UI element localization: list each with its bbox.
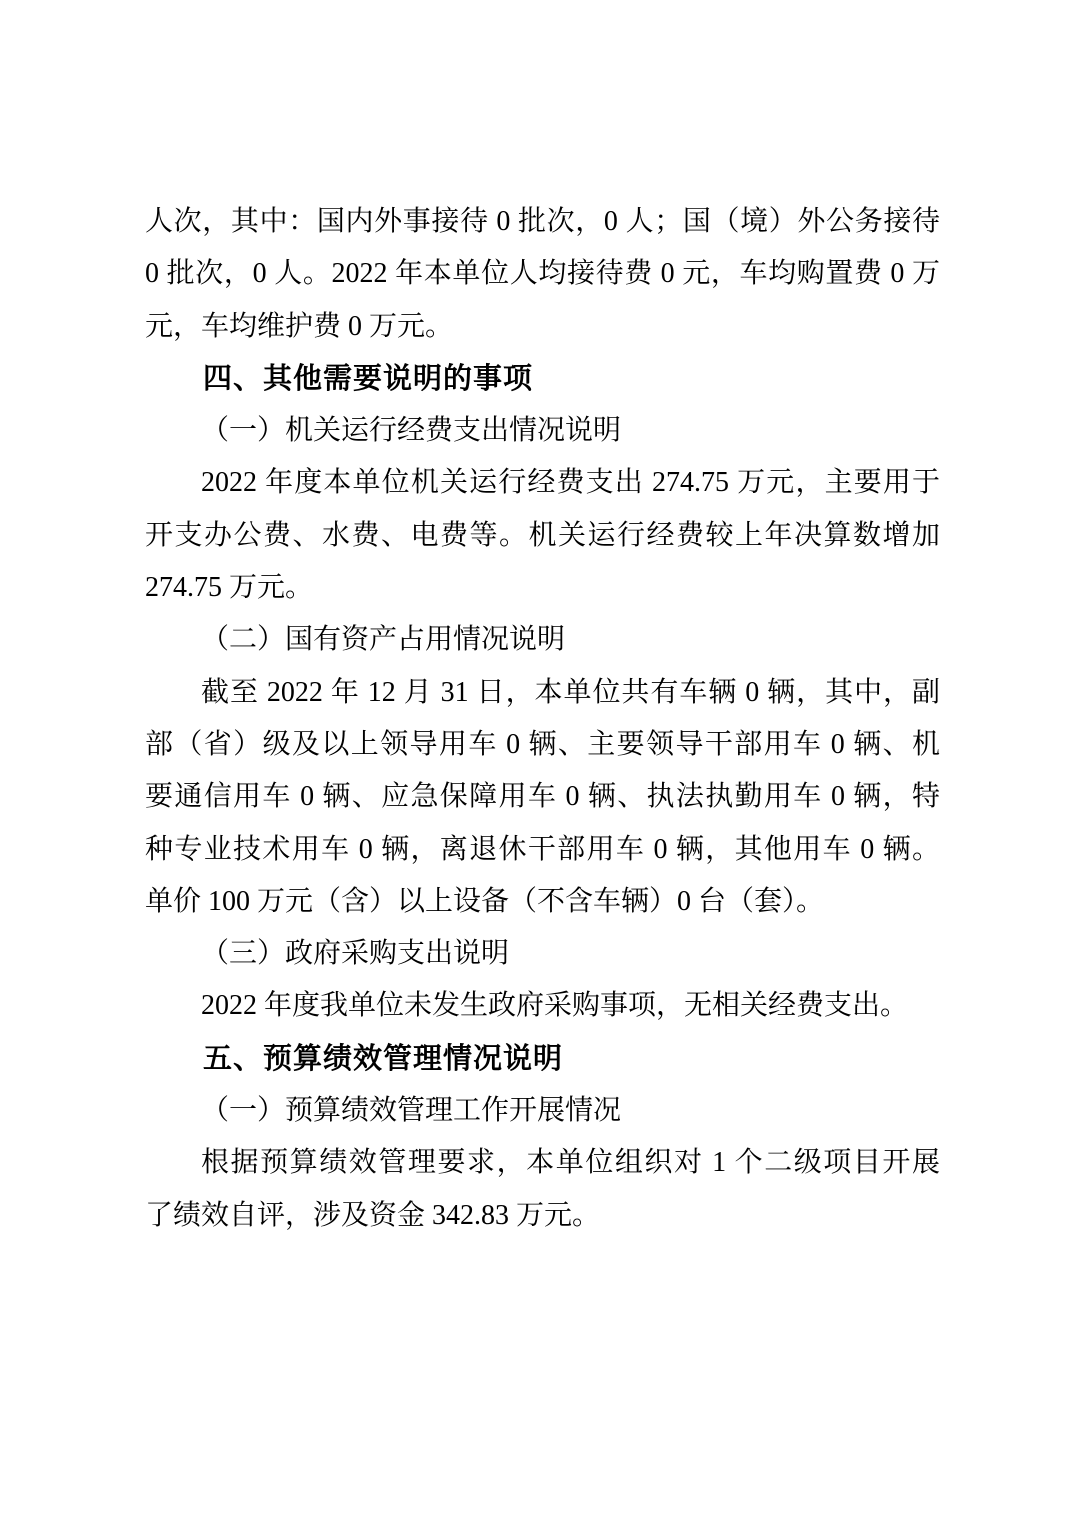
body-paragraph: 人次，其中：国内外事接待 0 批次，0 人；国（境）外公务接待0 批次，0 人。… [145, 196, 940, 353]
text-line: 2022 年度我单位未发生政府采购事项，无相关经费支出。 [145, 980, 940, 1032]
text-line: 根据预算绩效管理要求，本单位组织对 1 个二级项目开展 [145, 1137, 940, 1189]
body-paragraph: 截至 2022 年 12 月 31 日，本单位共有车辆 0 辆，其中，副部（省）… [145, 667, 940, 928]
section-heading: 五、预算绩效管理情况说明 [145, 1033, 940, 1085]
text-line: 单价 100 万元（含）以上设备（不含车辆）0 台（套）。 [145, 876, 940, 928]
text-line: 五、预算绩效管理情况说明 [145, 1033, 940, 1085]
text-line: 元，车均维护费 0 万元。 [145, 301, 940, 353]
text-line: 要通信用车 0 辆、应急保障用车 0 辆、执法执勤用车 0 辆，特 [145, 771, 940, 823]
text-line: （二）国有资产占用情况说明 [145, 614, 940, 666]
text-line: （一）机关运行经费支出情况说明 [145, 405, 940, 457]
text-line: 四、其他需要说明的事项 [145, 353, 940, 405]
subsection-heading: （一）机关运行经费支出情况说明 [145, 405, 940, 457]
text-line: 274.75 万元。 [145, 562, 940, 614]
subsection-heading: （三）政府采购支出说明 [145, 928, 940, 980]
text-line: 截至 2022 年 12 月 31 日，本单位共有车辆 0 辆，其中，副 [145, 667, 940, 719]
body-paragraph: 2022 年度我单位未发生政府采购事项，无相关经费支出。 [145, 980, 940, 1032]
text-line: 2022 年度本单位机关运行经费支出 274.75 万元，主要用于 [145, 457, 940, 509]
text-line: 部（省）级及以上领导用车 0 辆、主要领导干部用车 0 辆、机 [145, 719, 940, 771]
subsection-heading: （一）预算绩效管理工作开展情况 [145, 1085, 940, 1137]
text-line: 人次，其中：国内外事接待 0 批次，0 人；国（境）外公务接待 [145, 196, 940, 248]
text-line: 0 批次，0 人。2022 年本单位人均接待费 0 元，车均购置费 0 万 [145, 248, 940, 300]
text-line: 种专业技术用车 0 辆，离退休干部用车 0 辆，其他用车 0 辆。 [145, 824, 940, 876]
text-line: （一）预算绩效管理工作开展情况 [145, 1085, 940, 1137]
subsection-heading: （二）国有资产占用情况说明 [145, 614, 940, 666]
document-page: 人次，其中：国内外事接待 0 批次，0 人；国（境）外公务接待0 批次，0 人。… [0, 0, 1075, 1521]
section-heading: 四、其他需要说明的事项 [145, 353, 940, 405]
text-line: （三）政府采购支出说明 [145, 928, 940, 980]
text-line: 开支办公费、水费、电费等。机关运行经费较上年决算数增加 [145, 510, 940, 562]
body-paragraph: 根据预算绩效管理要求，本单位组织对 1 个二级项目开展了绩效自评，涉及资金 34… [145, 1137, 940, 1242]
body-paragraph: 2022 年度本单位机关运行经费支出 274.75 万元，主要用于开支办公费、水… [145, 457, 940, 614]
text-line: 了绩效自评，涉及资金 342.83 万元。 [145, 1190, 940, 1242]
document-content: 人次，其中：国内外事接待 0 批次，0 人；国（境）外公务接待0 批次，0 人。… [145, 196, 940, 1242]
